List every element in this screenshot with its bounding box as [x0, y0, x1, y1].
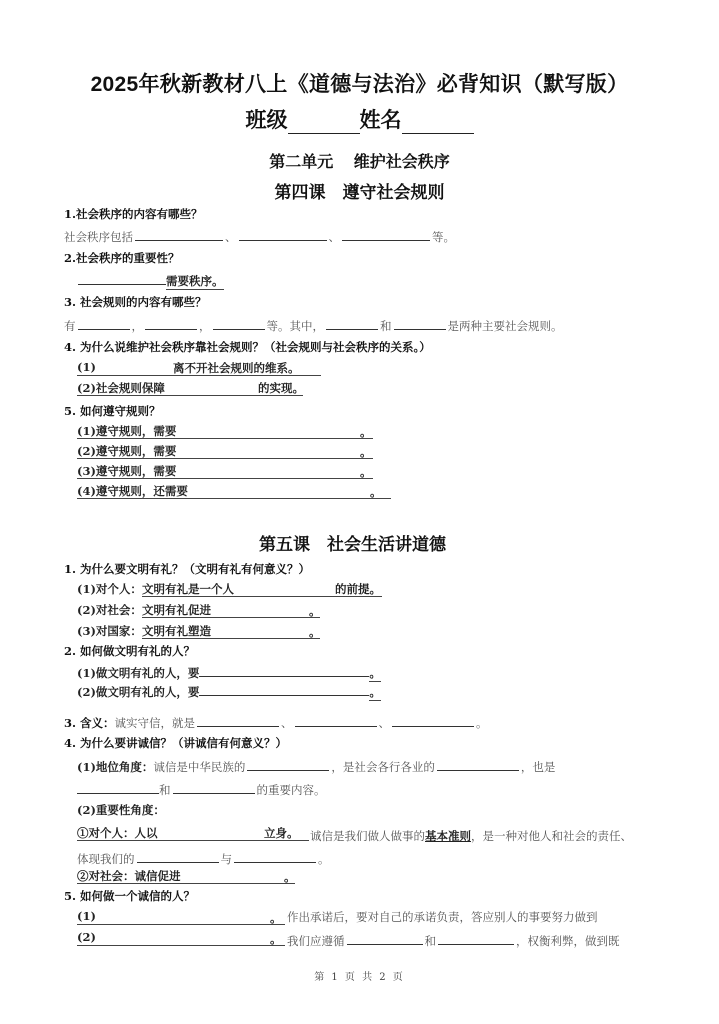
- l5-q4-p1-line1: (1)地位角度：诚信是中华民族的，是社会各行各业的，也是: [77, 756, 555, 775]
- l5-q1-item2-content: 文明有礼促进: [142, 602, 211, 618]
- document-title: 2025年秋新教材八上《道德与法治》必背知识（默写版）: [0, 68, 719, 98]
- text: 诚信是我们做人做事的: [310, 829, 425, 843]
- l5-q2-item1: (1)做文明有礼的人，要。: [77, 664, 381, 681]
- label: (2)做文明有礼的人，要: [77, 685, 199, 699]
- text: 诚信是中华民族的: [153, 760, 245, 774]
- end: 。: [476, 716, 488, 730]
- l4-q5-item3-end: 。: [360, 464, 372, 480]
- sep: 、: [329, 230, 341, 244]
- suffix: 是两种主要社会规则。: [448, 319, 563, 333]
- l5-q2-question: 2. 如何做文明有礼的人？: [64, 643, 195, 659]
- l5-q5-item1-end: 。: [270, 910, 282, 926]
- end: 。: [318, 852, 330, 866]
- l5-q1-item3-label: (3)对国家：: [77, 623, 142, 639]
- l5-q1-item1-end: 的前提。: [335, 581, 381, 597]
- blank[interactable]: [247, 758, 329, 771]
- l5-q4-society-label: ②对社会：诚信促进: [77, 868, 181, 884]
- blank[interactable]: [234, 850, 316, 863]
- end: 的重要内容。: [257, 783, 326, 797]
- l4-q2-suffix: 需要秩序。: [166, 274, 224, 290]
- blank[interactable]: [199, 683, 369, 696]
- l4-q1-question: 1.社会秩序的内容有哪些？: [64, 206, 203, 222]
- l5-q4-personal-rest: 诚信是我们做人做事的基本准则，是一种对他人和社会的责任、: [310, 825, 632, 844]
- text: 我们应遵循: [287, 934, 345, 948]
- sep: 、: [379, 716, 391, 730]
- blank[interactable]: [77, 781, 159, 794]
- l4-q5-item4-end: 。: [370, 484, 382, 500]
- l5-q1-question: 1. 为什么要文明有礼？（文明有礼有何意义？）: [64, 561, 310, 577]
- unit-title: 第二单元 维护社会秩序: [0, 149, 719, 172]
- lesson5-title: 第五课 社会生活讲道德: [259, 530, 446, 555]
- l5-q5-item1-text: 作出承诺后，要对自己的承诺负责，答应别人的事要努力做到: [287, 909, 598, 925]
- key-term: 基本准则: [425, 829, 471, 843]
- l5-q3-text: 诚实守信，就是: [115, 716, 196, 730]
- l5-q4-p2-label: (2)重要性角度：: [77, 802, 165, 818]
- and: 和: [380, 319, 392, 333]
- label: (1)做文明有礼的人，要: [77, 666, 199, 680]
- l4-q4-item2-suffix: 的实现。: [258, 380, 304, 396]
- l5-q5-item2-rest: 我们应遵循和，权衡利弊，做到既: [287, 930, 620, 949]
- blank[interactable]: [437, 758, 519, 771]
- l4-q1-prefix: 社会秩序包括: [64, 230, 133, 244]
- l5-q3: 3. 含义：诚实守信，就是、、。: [64, 712, 488, 731]
- l4-q2-answer: 需要秩序。: [78, 272, 224, 289]
- l4-q5-item4-label: (4)遵守规则，还需要: [77, 483, 188, 499]
- l5-q4-personal-label: ①对个人：人以: [77, 825, 158, 841]
- l5-q4-question: 4. 为什么要讲诚信？（讲诚信有何意义？）: [64, 735, 287, 751]
- l4-q2-question: 2.社会秩序的重要性？: [64, 250, 180, 266]
- text: ，是一种对他人和社会的责任、: [471, 829, 632, 843]
- l5-q4-society-end: 。: [284, 869, 296, 885]
- l5-q5-item2-line[interactable]: [77, 930, 285, 946]
- blank[interactable]: [213, 317, 265, 330]
- l4-q4-question: 4. 为什么说维护社会秩序靠社会规则？（社会规则与社会秩序的关系。）: [64, 339, 431, 355]
- text: ，权衡利弊，做到既: [516, 934, 620, 948]
- blank[interactable]: [173, 781, 255, 794]
- class-label: 班级: [246, 109, 288, 132]
- name-blank[interactable]: [402, 115, 474, 134]
- blank[interactable]: [438, 932, 514, 945]
- blank[interactable]: [239, 228, 327, 241]
- l5-q1-item1-label: (1)对个人：: [77, 581, 142, 597]
- l4-q3-answer: 有，，等。其中，和是两种主要社会规则。: [64, 317, 563, 334]
- sep: ，: [132, 319, 144, 333]
- l4-q5-item3-label: (3)遵守规则，需要: [77, 463, 176, 479]
- blank[interactable]: [326, 317, 378, 330]
- blank[interactable]: [135, 228, 223, 241]
- blank[interactable]: [78, 272, 166, 285]
- l5-q4-p1-line2: 和的重要内容。: [77, 779, 326, 798]
- l5-q5-item1-num: (1): [77, 909, 96, 923]
- blank[interactable]: [394, 317, 446, 330]
- and: 与: [221, 852, 233, 866]
- blank[interactable]: [197, 714, 279, 727]
- l5-q1-item1-content: 文明有礼是一个人: [142, 581, 234, 597]
- blank[interactable]: [145, 317, 197, 330]
- text: ，也是: [521, 760, 556, 774]
- l5-q1-item2-label: (2)对社会：: [77, 602, 142, 618]
- l4-q3-question: 3. 社会规则的内容有哪些？: [64, 294, 207, 310]
- l4-q5-question: 5. 如何遵守规则？: [64, 403, 161, 419]
- l4-q4-item1: (1): [77, 360, 96, 374]
- blank[interactable]: [199, 664, 369, 677]
- end: 。: [369, 666, 381, 682]
- l4-q5-item1-label: (1)遵守规则，需要: [77, 423, 176, 439]
- name-label: 姓名: [360, 109, 402, 132]
- l5-q5-item2-end: 。: [270, 931, 282, 947]
- l5-q1-item2-end: 。: [309, 603, 321, 619]
- blank[interactable]: [295, 714, 377, 727]
- sep: ，: [199, 319, 211, 333]
- lesson4-title: 第四课 遵守社会规则: [0, 178, 719, 203]
- prefix: 有: [64, 319, 76, 333]
- suffix: 等。: [432, 230, 455, 244]
- blank[interactable]: [347, 932, 423, 945]
- l5-q3-label: 3. 含义：: [64, 716, 115, 730]
- l5-q4-p1-label: (1)地位角度：: [77, 760, 153, 774]
- end: 。: [369, 685, 381, 701]
- class-name-line: 班级姓名: [0, 104, 719, 134]
- num: (1): [77, 360, 96, 374]
- mid: 等。其中，: [267, 319, 325, 333]
- l5-q5-item1-line[interactable]: [77, 909, 285, 925]
- l4-q4-item2-prefix: (2)社会规则保障: [77, 380, 165, 396]
- l5-q5-item2-num: (2): [77, 930, 96, 944]
- l5-q5-question: 5. 如何做一个诚信的人？: [64, 888, 195, 904]
- document-page: 2025年秋新教材八上《道德与法治》必背知识（默写版） 班级姓名 第二单元 维护…: [0, 0, 719, 1024]
- blank[interactable]: [342, 228, 430, 241]
- sep: 、: [225, 230, 237, 244]
- blank[interactable]: [137, 850, 219, 863]
- blank[interactable]: [392, 714, 474, 727]
- l5-q4-personal-line2: 体现我们的与。: [77, 848, 330, 867]
- sep: 、: [281, 716, 293, 730]
- text: ，是社会各行各业的: [331, 760, 435, 774]
- l4-q5-item1-end: 。: [360, 424, 372, 440]
- text: 体现我们的: [77, 852, 135, 866]
- page-footer: 第 1 页 共 2 页: [0, 968, 719, 983]
- l5-q1-item3-content: 文明有礼塑造: [142, 623, 211, 639]
- l4-q4-item1-suffix: 离不开社会规则的维系。: [173, 360, 300, 376]
- l4-q5-item2-label: (2)遵守规则，需要: [77, 443, 176, 459]
- and: 和: [425, 934, 437, 948]
- l5-q1-item3-end: 。: [309, 624, 321, 640]
- class-blank[interactable]: [288, 115, 360, 134]
- and: 和: [159, 783, 171, 797]
- l5-q4-personal-mid: 立身。: [264, 825, 299, 841]
- l4-q1-answer: 社会秩序包括、、等。: [64, 228, 455, 245]
- blank[interactable]: [78, 317, 130, 330]
- l5-q2-item2: (2)做文明有礼的人，要。: [77, 683, 381, 700]
- l4-q5-item2-end: 。: [360, 444, 372, 460]
